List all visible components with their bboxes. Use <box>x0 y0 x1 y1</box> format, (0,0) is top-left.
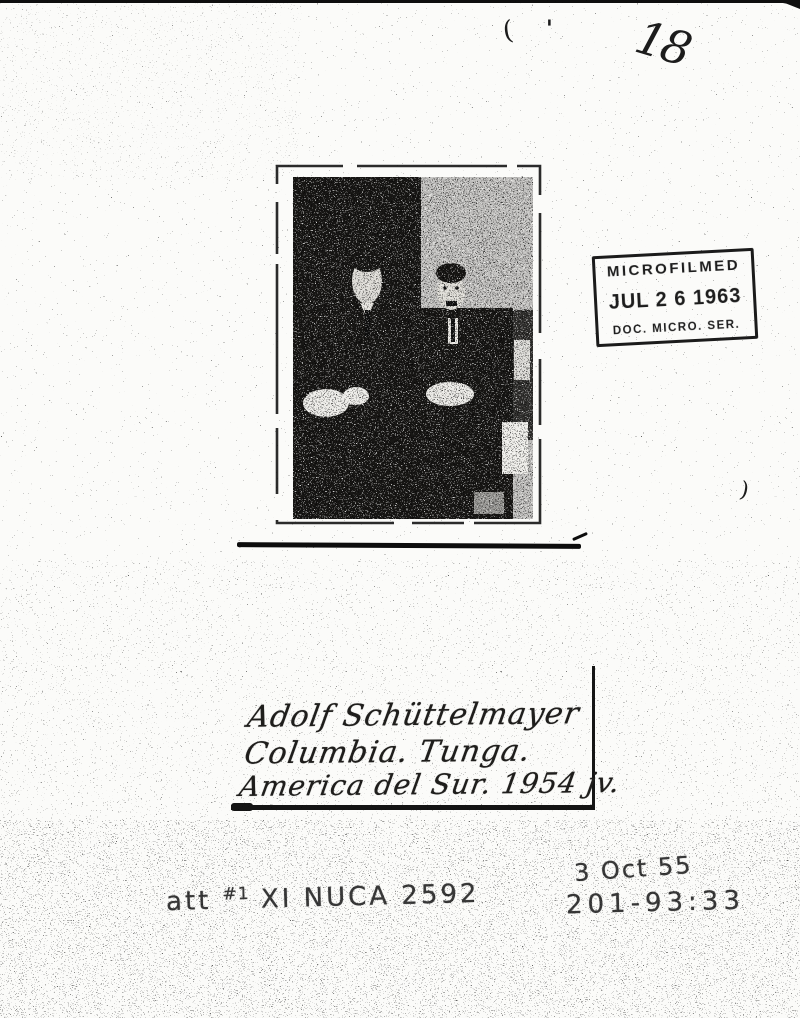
scanned-document-page: 18 ( ' ) <box>0 0 800 1018</box>
stray-tick-mark: ' <box>546 16 553 42</box>
photo-two-seated-men <box>274 160 544 530</box>
caption-box-corner-blob <box>231 803 253 811</box>
attachment-note-number: #1 <box>222 884 250 905</box>
attachment-note-reference: XI NUCA 2592 <box>249 879 480 915</box>
stamp-department: DOC. MICRO. SER. <box>600 318 752 338</box>
handwritten-attachment-note: att #1 XI NUCA 2592 <box>166 878 480 917</box>
microfilm-stamp: MICROFILMED JUL 2 6 1963 DOC. MICRO. SER… <box>592 248 759 347</box>
scan-edge-artifact-top <box>0 0 800 3</box>
attachment-note-prefix: att <box>166 886 223 917</box>
handwritten-file-number: 201-93:33 <box>566 886 746 921</box>
handwritten-page-number: 18 <box>629 9 695 76</box>
horizontal-rule-under-photo <box>237 542 581 549</box>
handwritten-date-note: 3 Oct 55 <box>573 851 693 887</box>
stamp-date: JUL 2 6 1963 <box>599 283 752 315</box>
horizontal-rule-pen-hook <box>572 532 588 541</box>
stray-paren-mark-right: ) <box>737 477 751 503</box>
handwritten-caption-name: Adolf Schüttelmayer <box>245 696 582 734</box>
stamp-title: MICROFILMED <box>597 256 750 281</box>
caption-box-bottom-edge <box>231 805 595 810</box>
handwritten-caption-region-year: America del Sur. 1954 jv. <box>237 766 623 803</box>
handwritten-caption-place: Columbia. Tunga. <box>242 734 534 772</box>
photo-image <box>293 177 533 519</box>
stray-paren-mark: ( <box>501 15 515 46</box>
